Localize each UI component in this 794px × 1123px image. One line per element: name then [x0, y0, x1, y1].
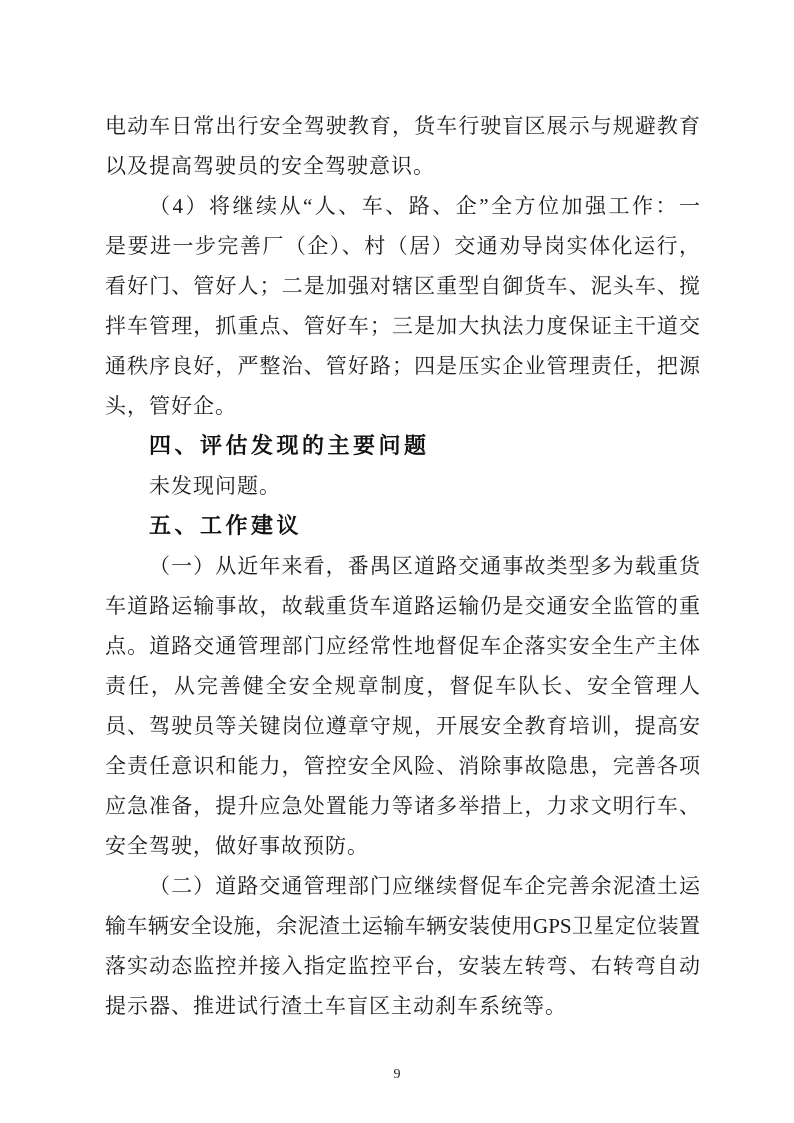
text-line: 责任，从完善健全安全规章制度，督促车队长、安全管理人	[105, 666, 700, 706]
text-line: 看好门、管好人；二是加强对辖区重型自御货车、泥头车、搅	[105, 266, 700, 306]
text-line: 输车辆安全设施，余泥渣土运输车辆安装使用GPS卫星定位装置	[105, 906, 700, 946]
text-line: （二）道路交通管理部门应继续督促车企完善余泥渣土运	[105, 866, 700, 906]
text-line: 电动车日常出行安全驾驶教育，货车行驶盲区展示与规避教育	[105, 106, 700, 146]
page-footer: 9	[0, 1065, 794, 1083]
page-number: 9	[394, 1067, 401, 1082]
section-heading: 五、工作建议	[105, 506, 700, 546]
text-line: （一）从近年来看，番禺区道路交通事故类型多为载重货	[105, 546, 700, 586]
text-line: 员、驾驶员等关键岗位遵章守规，开展安全教育培训，提高安	[105, 706, 700, 746]
text-line: （4）将继续从“人、车、路、企”全方位加强工作：一	[105, 186, 700, 226]
text-line: 落实动态监控并接入指定监控平台，安装左转弯、右转弯自动	[105, 946, 700, 986]
document-page: 电动车日常出行安全驾驶教育，货车行驶盲区展示与规避教育以及提高驾驶员的安全驾驶意…	[0, 0, 794, 1123]
text-line: 通秩序良好，严整治、管好路；四是压实企业管理责任，把源	[105, 346, 700, 386]
document-body: 电动车日常出行安全驾驶教育，货车行驶盲区展示与规避教育以及提高驾驶员的安全驾驶意…	[105, 0, 700, 1026]
text-line: 全责任意识和能力，管控安全风险、消除事故隐患，完善各项	[105, 746, 700, 786]
text-line: 是要进一步完善厂（企）、村（居）交通劝导岗实体化运行，	[105, 226, 700, 266]
text-line: 头，管好企。	[105, 386, 700, 426]
text-line: 未发现问题。	[105, 466, 700, 506]
section-heading: 四、评估发现的主要问题	[105, 426, 700, 466]
text-line: 车道路运输事故，故载重货车道路运输仍是交通安全监管的重	[105, 586, 700, 626]
text-line: 以及提高驾驶员的安全驾驶意识。	[105, 146, 700, 186]
text-line: 安全驾驶，做好事故预防。	[105, 826, 700, 866]
text-line: 点。道路交通管理部门应经常性地督促车企落实安全生产主体	[105, 626, 700, 666]
text-line: 应急准备，提升应急处置能力等诸多举措上，力求文明行车、	[105, 786, 700, 826]
text-line: 拌车管理，抓重点、管好车；三是加大执法力度保证主干道交	[105, 306, 700, 346]
text-line: 提示器、推进试行渣土车盲区主动刹车系统等。	[105, 986, 700, 1026]
